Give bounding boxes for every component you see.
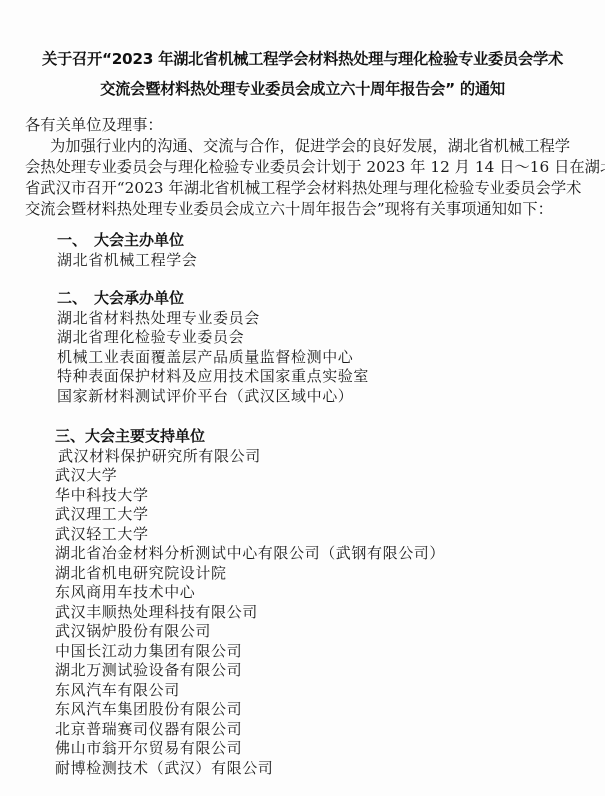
intro-line: 省武汉市召开“2023 年湖北省机械工程学会材料热处理与理化检验专业委员会学术 bbox=[25, 178, 585, 199]
section-number: 一、 bbox=[57, 231, 94, 251]
list-item: 华中科技大学 bbox=[55, 486, 445, 506]
list-item: 湖北省理化检验专业委员会 bbox=[57, 328, 369, 348]
list-item: 东风汽车有限公司 bbox=[55, 681, 445, 701]
section-organizer: 一、大会主办单位 湖北省机械工程学会 bbox=[57, 231, 197, 270]
list-item: 机械工业表面覆盖层产品质量监督检测中心 bbox=[57, 348, 369, 368]
section-host: 二、大会承办单位 湖北省材料热处理专业委员会 湖北省理化检验专业委员会 机械工业… bbox=[57, 289, 369, 406]
list-item: 耐博检测技术（武汉）有限公司 bbox=[55, 759, 445, 779]
list-item: 武汉丰顺热处理科技有限公司 bbox=[55, 603, 445, 623]
section-heading: 三、大会主要支持单位 bbox=[55, 427, 445, 447]
section-heading: 一、大会主办单位 bbox=[57, 231, 197, 251]
list-item: 佛山市翁开尔贸易有限公司 bbox=[55, 739, 445, 759]
list-item: 湖北省冶金材料分析测试中心有限公司（武钢有限公司） bbox=[55, 544, 445, 564]
salutation: 各有关单位及理事： bbox=[25, 115, 163, 136]
list-item: 武汉材料保护研究所有限公司 bbox=[55, 447, 445, 467]
list-item: 国家新材料测试评价平台（武汉区域中心） bbox=[57, 387, 369, 407]
list-item: 武汉大学 bbox=[55, 466, 445, 486]
title-line-2: 交流会暨材料热处理专业委员会成立六十周年报告会” 的通知 bbox=[0, 74, 605, 104]
document-title: 关于召开“2023 年湖北省机械工程学会材料热处理与理化检验专业委员会学术 交流… bbox=[0, 44, 605, 104]
list-item: 武汉轻工大学 bbox=[55, 525, 445, 545]
list-item: 北京普瑞赛司仪器有限公司 bbox=[55, 720, 445, 740]
list-item: 湖北省材料热处理专业委员会 bbox=[57, 309, 369, 329]
intro-line: 会热处理专业委员会与理化检验专业委员会计划于 2023 年 12 月 14 日～… bbox=[25, 157, 585, 178]
section-number: 三、 bbox=[55, 427, 85, 445]
title-line-1: 关于召开“2023 年湖北省机械工程学会材料热处理与理化检验专业委员会学术 bbox=[0, 44, 605, 74]
intro-line: 交流会暨材料热处理专业委员会成立六十周年报告会”现将有关事项通知如下： bbox=[25, 199, 585, 220]
section-heading: 二、大会承办单位 bbox=[57, 289, 369, 309]
section-title: 大会主办单位 bbox=[94, 231, 184, 249]
intro-line: 为加强行业内的沟通、交流与合作，促进学会的良好发展，湖北省机械工程学 bbox=[25, 136, 585, 157]
intro-paragraph: 为加强行业内的沟通、交流与合作，促进学会的良好发展，湖北省机械工程学 会热处理专… bbox=[25, 136, 585, 220]
list-item: 武汉锅炉股份有限公司 bbox=[55, 622, 445, 642]
section-number: 二、 bbox=[57, 289, 94, 309]
list-item: 东风商用车技术中心 bbox=[55, 583, 445, 603]
section-supporters: 三、大会主要支持单位 武汉材料保护研究所有限公司 武汉大学 华中科技大学 武汉理… bbox=[55, 427, 445, 778]
list-item: 湖北省机电研究院设计院 bbox=[55, 564, 445, 584]
list-item: 中国长江动力集团有限公司 bbox=[55, 642, 445, 662]
list-item: 东风汽车集团股份有限公司 bbox=[55, 700, 445, 720]
list-item: 特种表面保护材料及应用技术国家重点实验室 bbox=[57, 367, 369, 387]
list-item: 湖北省机械工程学会 bbox=[57, 251, 197, 271]
section-title: 大会承办单位 bbox=[94, 289, 184, 307]
list-item: 武汉理工大学 bbox=[55, 505, 445, 525]
list-item: 湖北万测试验设备有限公司 bbox=[55, 661, 445, 681]
section-title: 大会主要支持单位 bbox=[85, 427, 205, 445]
